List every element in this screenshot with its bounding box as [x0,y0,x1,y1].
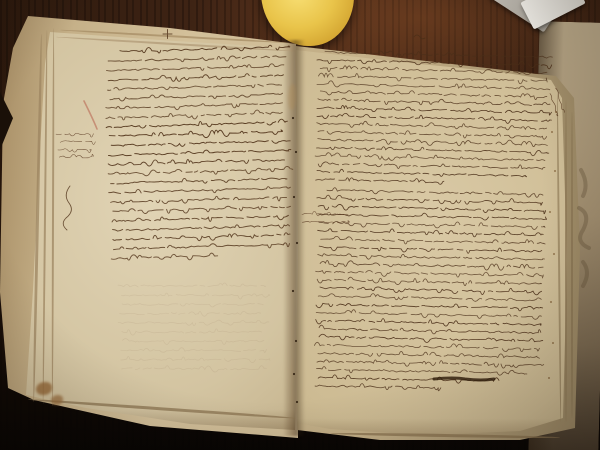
leaf-edge-line [571,112,573,418]
manuscript-photo-scene [0,0,600,450]
leaf-edge-line [565,100,567,422]
